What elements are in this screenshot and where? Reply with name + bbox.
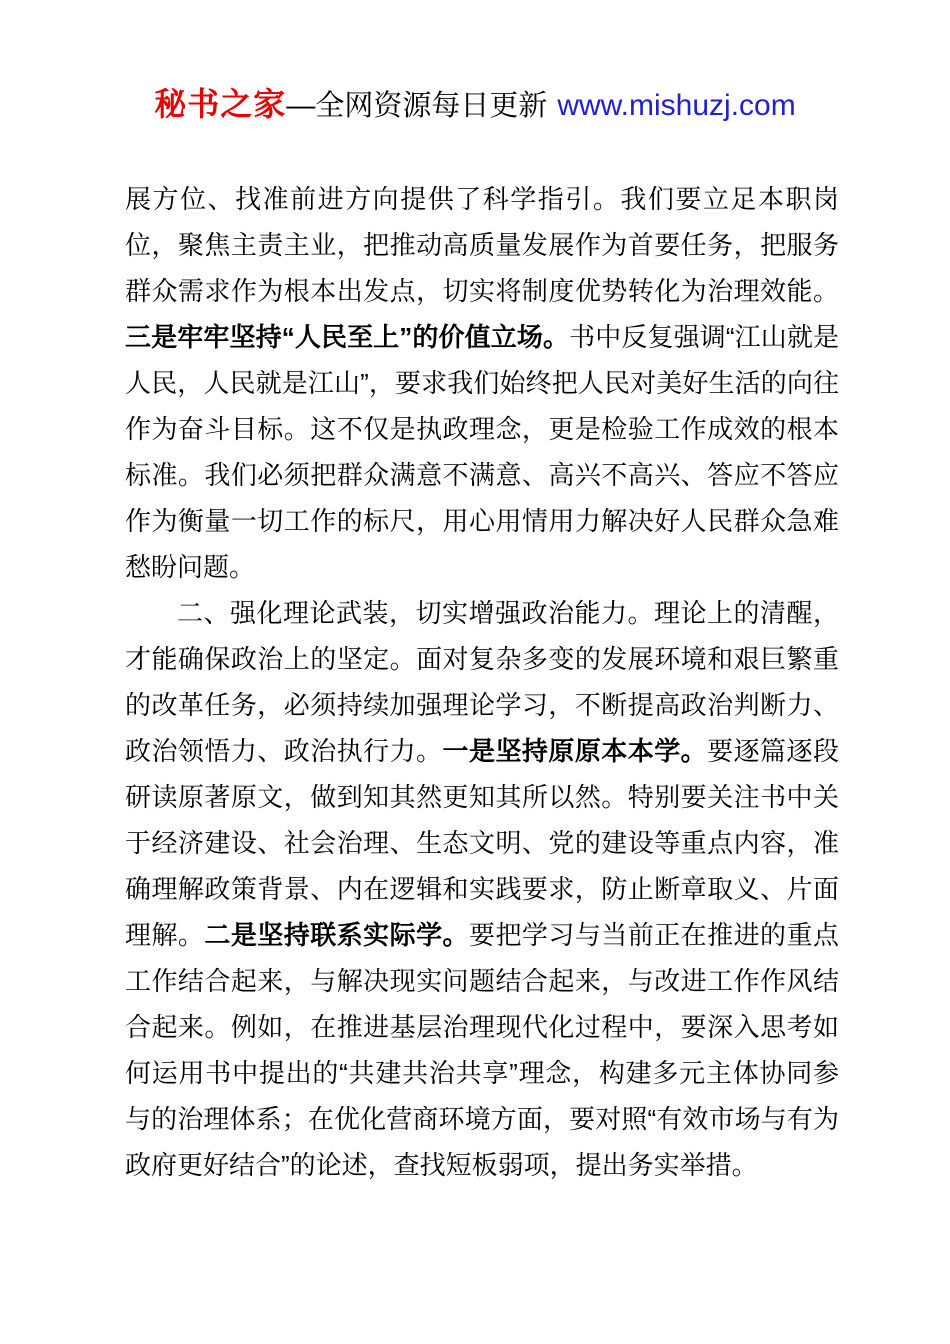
document-page: 秘书之家—全网资源每日更新www.mishuzj.com 展方位、找准前进方向提… — [0, 0, 950, 1344]
paragraph: 二、强化理论武装，切实增强政治能力。理论上的清醒，才能确保政治上的坚定。面对复杂… — [125, 590, 839, 1188]
emphasis-text: 一是坚持原原本本学。 — [443, 736, 708, 766]
site-url-link[interactable]: www.mishuzj.com — [557, 89, 795, 122]
emphasis-text: 三是牢牢坚持“人民至上”的价值立场。 — [125, 322, 569, 352]
site-brand: 秘书之家 — [154, 86, 286, 122]
document-body: 展方位、找准前进方向提供了科学指引。我们要立足本职岗位，聚焦主责主业，把推动高质… — [125, 176, 839, 1188]
emphasis-text: 二是坚持联系实际学。 — [204, 920, 469, 950]
body-text: 展方位、找准前进方向提供了科学指引。我们要立足本职岗位，聚焦主责主业，把推动高质… — [125, 184, 839, 306]
header-dash: — — [286, 90, 315, 122]
site-tagline: 全网资源每日更新 — [315, 90, 547, 122]
body-text: 要把学习与当前正在推进的重点工作结合起来，与解决现实问题结合起来，与改进工作作风… — [125, 920, 839, 1180]
paragraph: 展方位、找准前进方向提供了科学指引。我们要立足本职岗位，聚焦主责主业，把推动高质… — [125, 176, 839, 590]
body-text: 要逐篇逐段研读原著原文，做到知其然更知其所以然。特别要关注书中关于经济建设、社会… — [125, 736, 839, 950]
body-text: 书中反复强调“江山就是人民，人民就是江山”，要求我们始终把人民对美好生活的向往作… — [125, 322, 839, 582]
site-header: 秘书之家—全网资源每日更新www.mishuzj.com — [0, 84, 950, 131]
